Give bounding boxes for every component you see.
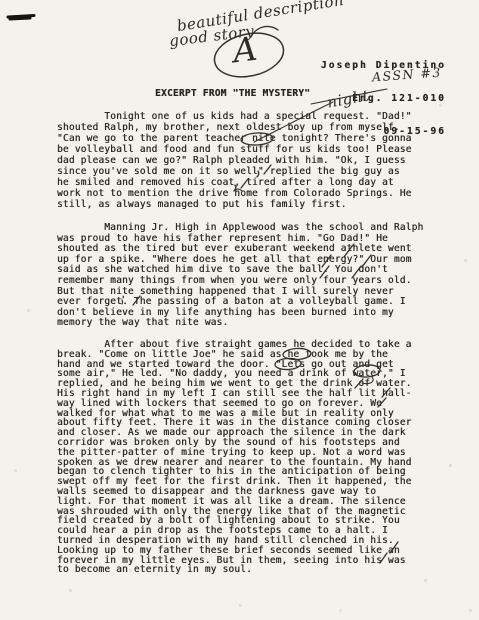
- essay-title: EXCERPT FROM "THE MYSTERY": [155, 88, 310, 99]
- photocopy-speckles: [10, 10, 11, 11]
- scanned-essay-page: beautiful description good story A Josep…: [0, 0, 479, 620]
- paragraph-3: After about five straight games he decid…: [57, 340, 412, 575]
- staple-mark: [8, 16, 34, 20]
- paragraph-2: Manning Jr. High in Applewood was the sc…: [57, 223, 423, 329]
- course-number: Eng. 121-010: [300, 93, 446, 104]
- grade-letter: A: [231, 29, 259, 71]
- paragraph-1: Tonight one of us kids had a special req…: [57, 111, 412, 210]
